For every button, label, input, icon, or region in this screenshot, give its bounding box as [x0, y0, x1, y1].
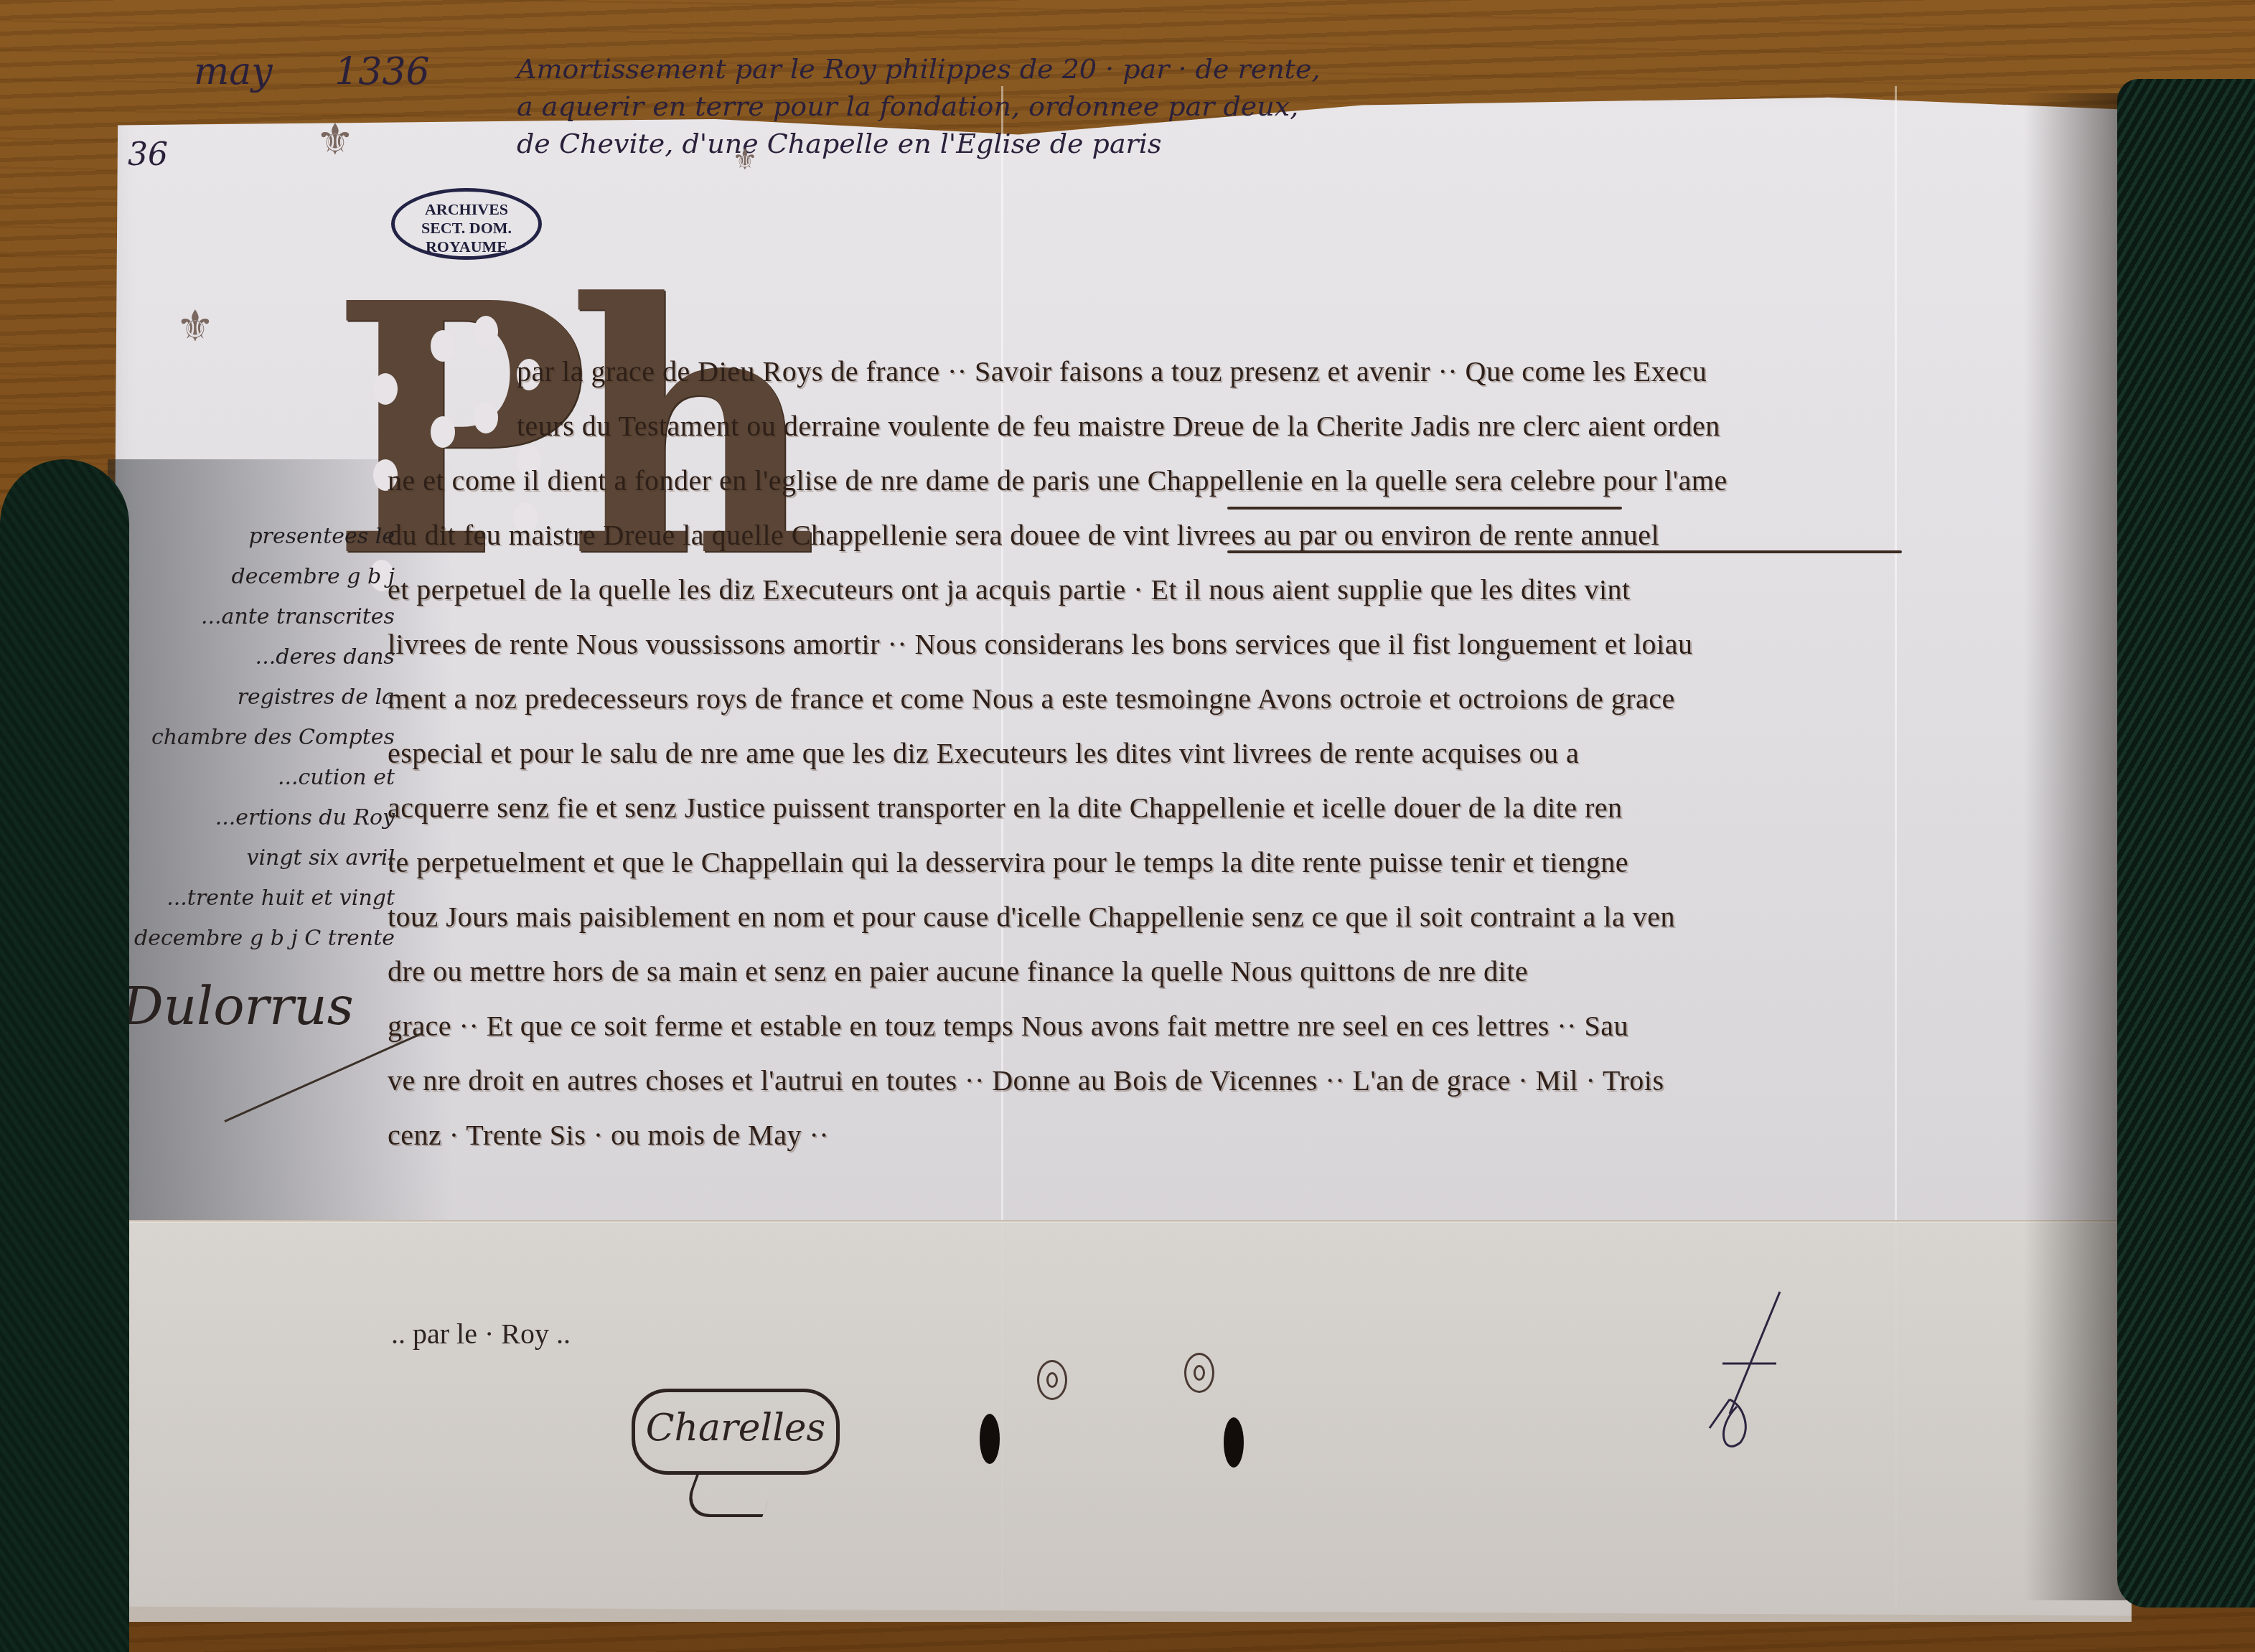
- body-line: ment a noz predecesseurs roys de france …: [388, 672, 1923, 726]
- body-line: teurs du Testament ou derraine voulente …: [388, 399, 1923, 454]
- body-line: du dit feu maistre Dreue la quelle Chapp…: [388, 508, 1923, 563]
- body-line: grace ·· Et que ce soit ferme et estable…: [388, 999, 1923, 1053]
- fold-flap: [108, 1220, 2132, 1622]
- fleur-de-lis-icon: ⚜: [176, 301, 215, 352]
- body-line: livrees de rente Nous voussissons amorti…: [388, 617, 1923, 672]
- fleur-de-lis-icon: ⚜: [732, 144, 758, 177]
- reference-number: 36: [128, 136, 168, 173]
- margin-line: registres de la: [115, 677, 395, 718]
- margin-line: ...trente huit et vingt: [115, 878, 395, 919]
- body-line: par la grace de Dieu Roys de france ·· S…: [388, 344, 1923, 399]
- margin-signature: Dulorrus: [122, 976, 354, 1036]
- secretary-signature: Charelles: [632, 1389, 840, 1475]
- charter-body: par la grace de Dieu Roys de france ·· S…: [388, 344, 1923, 1163]
- seal-cord-hole: [1224, 1417, 1244, 1468]
- margin-line: presentees le: [115, 517, 395, 557]
- body-line: cenz · Trente Sis · ou mois de May ··: [388, 1108, 1923, 1163]
- text-underline: [1227, 550, 1902, 553]
- cloth-weight-right: [2117, 79, 2255, 1608]
- body-line: ne et come il dient a fonder en l'eglise…: [388, 454, 1923, 508]
- margin-line: decembre g b j: [115, 557, 395, 597]
- paraph-mark-icon: [1708, 1285, 1794, 1457]
- fleur-de-lis-icon: ⚜: [316, 115, 355, 165]
- fold-line: [108, 1220, 2132, 1223]
- body-line: te perpetuelment et que le Chappellain q…: [388, 835, 1923, 890]
- text-underline: [1227, 507, 1622, 510]
- stamp-line: ARCHIVES: [395, 200, 538, 219]
- date-year: 1336: [334, 50, 429, 93]
- subscription: .. par le · Roy ..: [391, 1317, 571, 1351]
- summary-line: de Chevite, d'une Chapelle en l'Eglise d…: [517, 125, 1320, 162]
- margin-line: chambre des Comptes: [115, 718, 395, 758]
- signature-flourish: [680, 1471, 779, 1517]
- spiral-mark-icon: [1184, 1353, 1214, 1393]
- seal-cord-hole: [980, 1414, 1000, 1464]
- cloth-weight-left: [0, 459, 129, 1652]
- spiral-mark-icon: [1037, 1360, 1067, 1400]
- body-line: especial et pour le salu de nre ame que …: [388, 726, 1923, 781]
- body-line: acquerre senz fie et senz Justice puisse…: [388, 781, 1923, 835]
- margin-line: ...cution et: [115, 758, 395, 798]
- header-date: may 1336: [194, 50, 480, 93]
- margin-line: decembre g b j C trente: [115, 919, 395, 959]
- body-line: dre ou mettre hors de sa main et senz en…: [388, 944, 1923, 999]
- summary-line: Amortissement par le Roy philippes de 20…: [517, 50, 1320, 88]
- margin-line: vingt six avril: [115, 838, 395, 878]
- body-line: et perpetuel de la quelle les diz Execut…: [388, 563, 1923, 617]
- summary-line: a aquerir en terre pour la fondation, or…: [517, 88, 1320, 125]
- margin-note: presentees le decembre g b j ...ante tra…: [115, 517, 395, 959]
- date-month: may: [194, 50, 273, 93]
- body-line: ve nre droit en autres choses et l'autru…: [388, 1053, 1923, 1108]
- body-line: touz Jours mais paisiblement en nom et p…: [388, 890, 1923, 944]
- margin-line: ...deres dans: [115, 637, 395, 677]
- margin-line: ...ertions du Roy: [115, 798, 395, 838]
- shadow: [2024, 93, 2132, 1600]
- margin-line: ...ante transcrites: [115, 597, 395, 637]
- header-summary: Amortissement par le Roy philippes de 20…: [517, 50, 1320, 162]
